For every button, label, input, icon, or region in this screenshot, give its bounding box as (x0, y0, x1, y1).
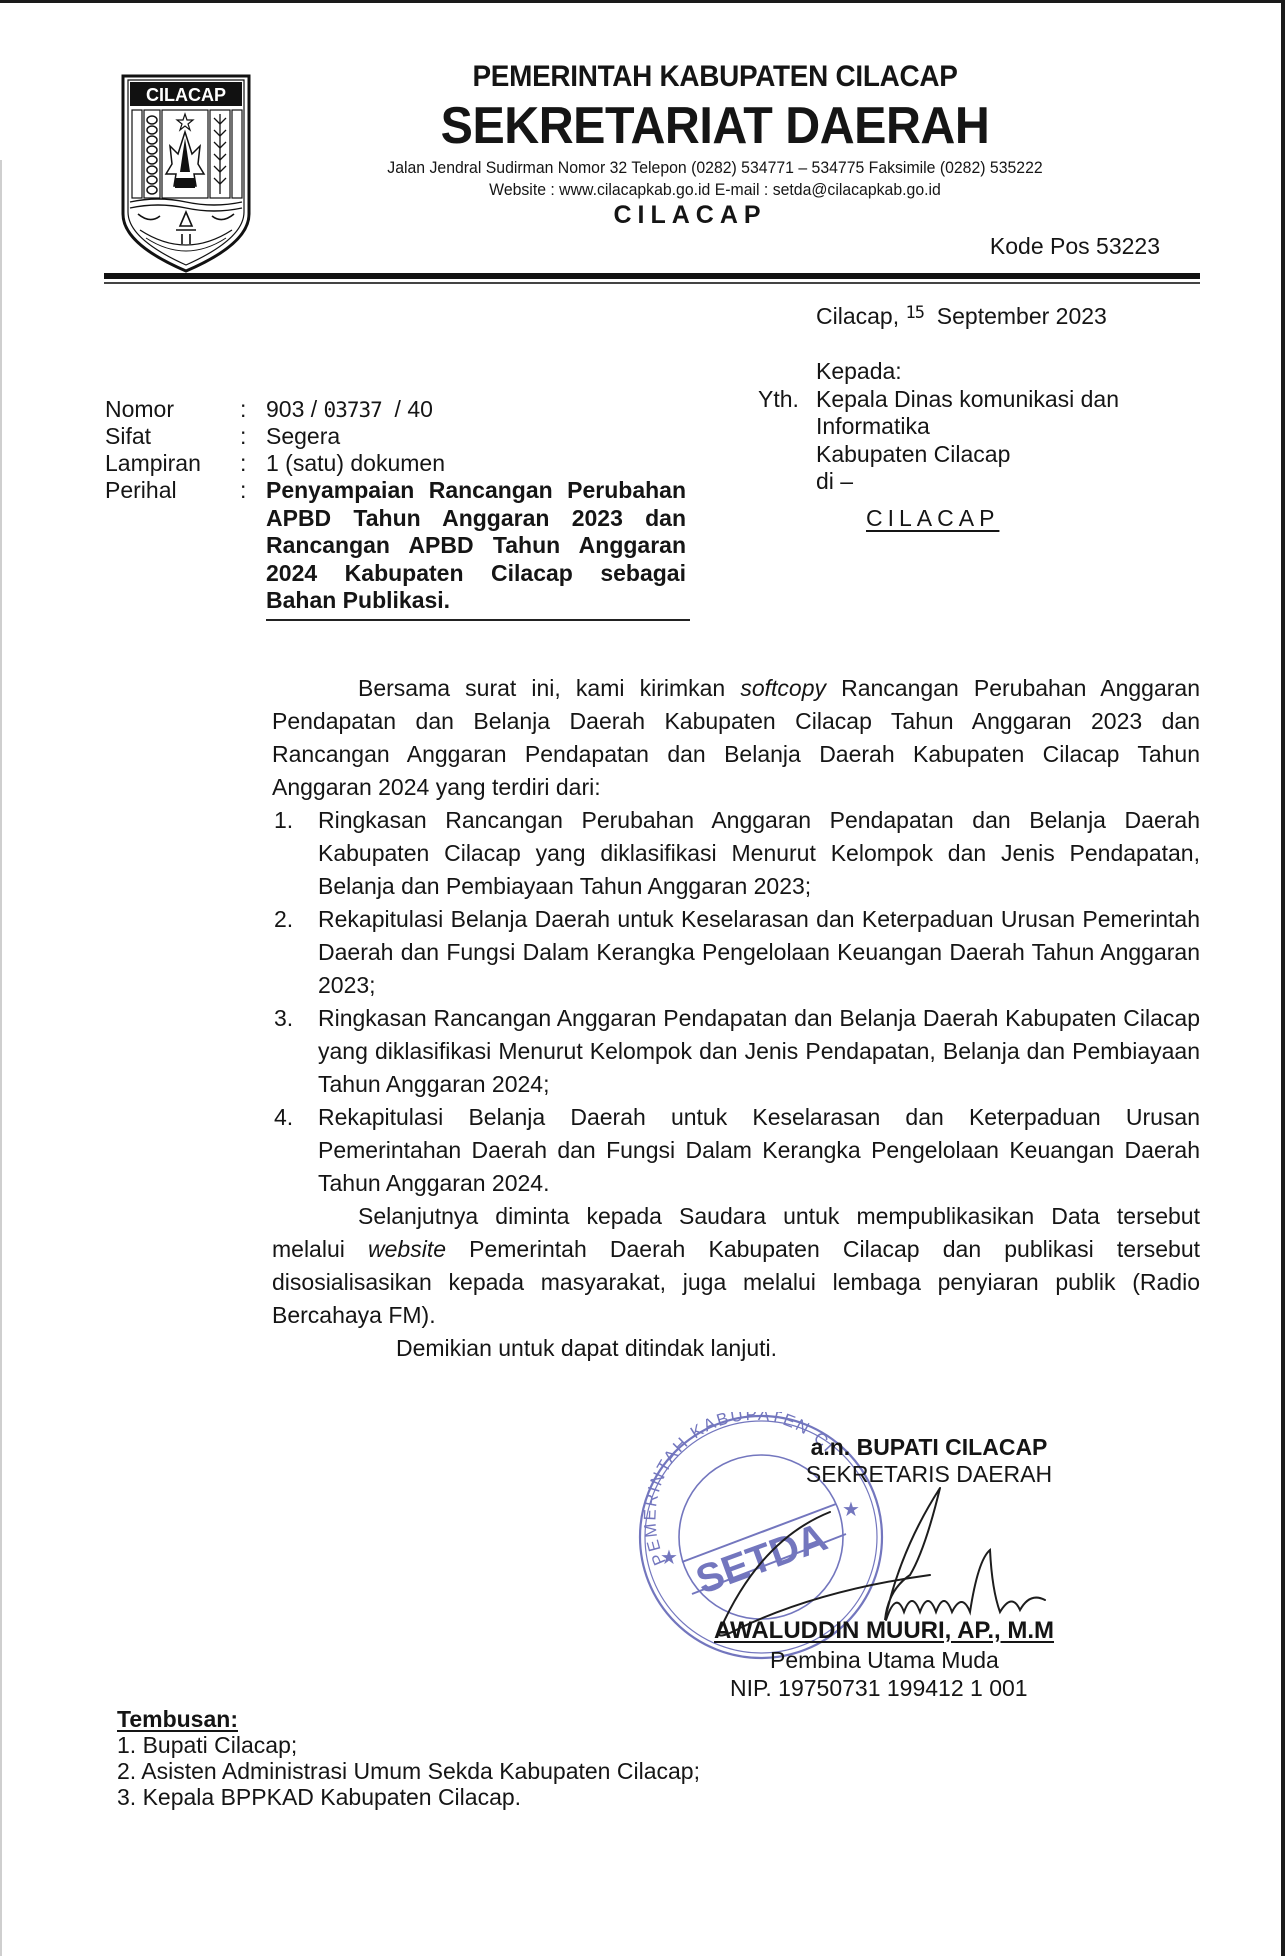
meta-value-sifat: Segera (266, 423, 340, 450)
meta-value-perihal: Penyampaian Rancangan Perubahan APBD Tah… (266, 477, 686, 615)
addressee-salutation: Yth. (758, 386, 799, 413)
body-closing: Demikian untuk dapat ditindak lanjuti. (272, 1332, 1200, 1365)
letterhead-government: PEMERINTAH KABUPATEN CILACAP (329, 60, 1101, 94)
signature-on-behalf: a.n. BUPATI CILACAP (738, 1434, 1120, 1461)
addressee-line-2: Informatika (816, 413, 1119, 441)
meta-colon: : (240, 396, 246, 423)
addressee-line-4: di – (816, 468, 1119, 496)
signatory-rank: Pembina Utama Muda (770, 1647, 999, 1674)
followup-italic: website (368, 1236, 446, 1262)
list-item-text: Ringkasan Rancangan Perubahan Anggaran P… (318, 807, 1200, 899)
svg-text:CILACAP: CILACAP (146, 85, 226, 105)
letterhead-address: Jalan Jendral Sudirman Nomor 32 Telepon … (329, 158, 1101, 178)
opening-italic: softcopy (740, 675, 826, 701)
scan-edge-right (1281, 0, 1285, 1956)
date-month-year: September 2023 (937, 303, 1107, 329)
perihal-underline (266, 619, 690, 621)
list-item: 1.Ringkasan Rancangan Perubahan Anggaran… (272, 804, 1200, 903)
body-followup: Selanjutnya diminta kepada Saudara untuk… (272, 1200, 1200, 1332)
copies-item: 1. Bupati Cilacap; (117, 1732, 700, 1758)
meta-colon: : (240, 423, 246, 450)
nomor-handwritten: 03737 (324, 398, 382, 422)
nomor-suffix: / 40 (395, 396, 433, 422)
copies-title: Tembusan: (117, 1706, 700, 1732)
addressee-line-1: Kepala Dinas komunikasi dan (816, 386, 1119, 414)
copies-item: 3. Kepala BPPKAD Kabupaten Cilacap. (117, 1784, 700, 1810)
body-opening: Bersama surat ini, kami kirimkan softcop… (272, 672, 1200, 804)
letterhead-contact: Website : www.cilacapkab.go.id E-mail : … (329, 180, 1101, 200)
nomor-prefix: 903 / (266, 396, 317, 422)
list-item-number: 2. (274, 903, 293, 936)
stamp-star-left: ★ (660, 1547, 678, 1569)
list-item-number: 1. (274, 804, 293, 837)
signatory-name: AWALUDDIN MUURI, AP., M.M (714, 1617, 1054, 1645)
meta-value-nomor: 903 / 03737 / 40 (266, 396, 433, 424)
list-item: 2.Rekapitulasi Belanja Daerah untuk Kese… (272, 903, 1200, 1002)
meta-label-sifat: Sifat (105, 423, 151, 450)
handwritten-signature (700, 1480, 1100, 1640)
meta-colon: : (240, 450, 246, 477)
scan-edge-top (0, 0, 1285, 3)
letterhead-rule-thin (104, 282, 1200, 284)
copies-list: 1. Bupati Cilacap; 2. Asisten Administra… (117, 1732, 700, 1810)
list-item: 4.Rekapitulasi Belanja Daerah untuk Kese… (272, 1101, 1200, 1200)
addressee-block: Kepada: Kepala Dinas komunikasi dan Info… (816, 358, 1119, 496)
list-item-number: 4. (274, 1101, 293, 1134)
attachment-list: 1.Ringkasan Rancangan Perubahan Anggaran… (272, 804, 1200, 1200)
signatory-nip: NIP. 19750731 199412 1 001 (730, 1675, 1028, 1702)
list-item-text: Rekapitulasi Belanja Daerah untuk Kesela… (318, 1104, 1200, 1196)
scan-edge-left (0, 160, 2, 1956)
letterhead-city: CILACAP (300, 201, 1080, 230)
date-place: Cilacap, (816, 303, 899, 329)
copies-block: Tembusan: 1. Bupati Cilacap; 2. Asisten … (117, 1706, 700, 1810)
list-item-number: 3. (274, 1002, 293, 1035)
letterhead-office: SEKRETARIAT DAERAH (329, 96, 1101, 156)
regency-crest-logo: CILACAP (120, 74, 252, 274)
addressee-city: CILACAP (866, 505, 999, 532)
addressee-line-3: Kabupaten Cilacap (816, 441, 1119, 469)
list-item: 3.Ringkasan Rancangan Anggaran Pendapata… (272, 1002, 1200, 1101)
meta-label-perihal: Perihal (105, 477, 177, 504)
meta-label-lampiran: Lampiran (105, 450, 201, 477)
letter-body: Bersama surat ini, kami kirimkan softcop… (272, 672, 1200, 1365)
list-item-text: Rekapitulasi Belanja Daerah untuk Kesela… (318, 906, 1200, 998)
addressee-intro: Kepada: (816, 358, 1119, 386)
letterhead-rule-thick (104, 273, 1200, 279)
opening-text: Bersama surat ini, kami kirimkan (358, 675, 740, 701)
copies-item: 2. Asisten Administrasi Umum Sekda Kabup… (117, 1758, 700, 1784)
list-item-text: Ringkasan Rancangan Anggaran Pendapatan … (318, 1005, 1200, 1097)
meta-colon: : (240, 477, 246, 504)
meta-value-lampiran: 1 (satu) dokumen (266, 450, 445, 477)
letterhead-postal-code: Kode Pos 53223 (940, 233, 1160, 260)
letter-date: Cilacap, 15 September 2023 (816, 303, 1107, 330)
meta-label-nomor: Nomor (105, 396, 174, 423)
date-day-handwritten: 15 (906, 303, 924, 323)
